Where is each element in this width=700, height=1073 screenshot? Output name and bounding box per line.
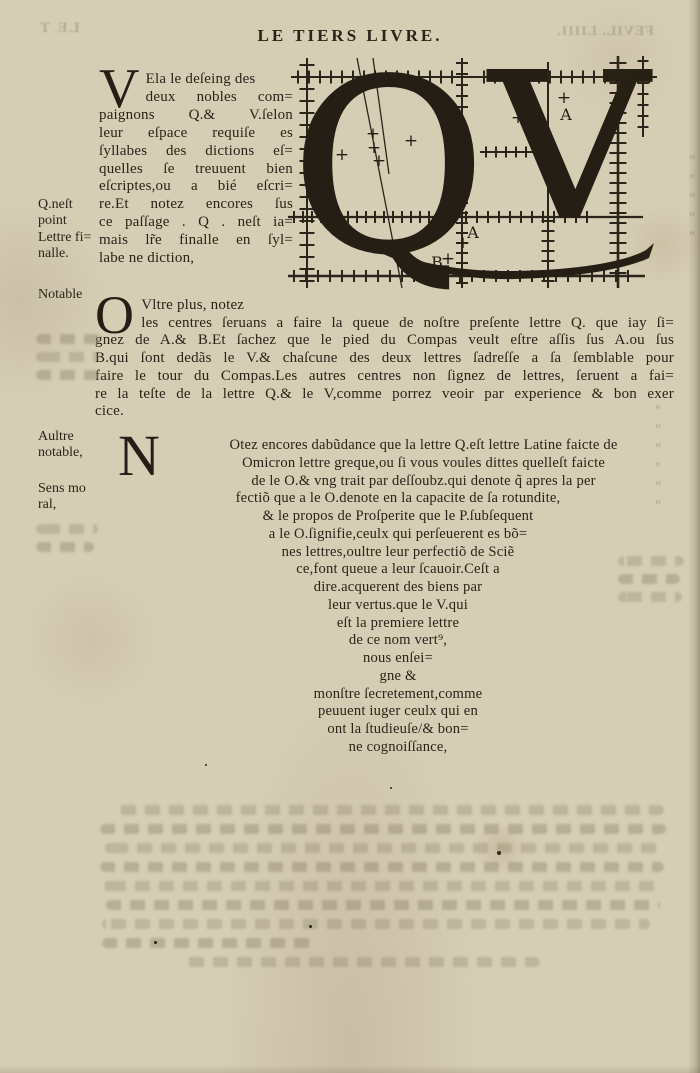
p3-line: & le propos de Proſperite que le P.ſubſe… <box>118 508 678 526</box>
p3-line: leur vertus.que le V.qui <box>118 597 678 615</box>
margin-note-line: Sens mo <box>38 481 112 497</box>
bleedthrough-line <box>100 824 666 834</box>
margin-note-line: Aultre <box>38 429 112 445</box>
p3-line: fectiõ que a le O.denote en la capacite … <box>118 490 678 508</box>
quote-mark: « <box>650 434 666 453</box>
plus-mark: + <box>404 131 418 151</box>
letter-Q: Q <box>291 52 486 292</box>
letter-V: V <box>488 52 652 264</box>
p2-line: Vltre plus, notez <box>95 297 674 315</box>
quote-mark: « <box>684 222 700 241</box>
bleedthrough-line <box>102 938 312 948</box>
p1-line: leur eſpace requiſe es <box>99 125 293 143</box>
bleedthrough-line <box>180 957 540 967</box>
quote-mark: « <box>684 203 700 222</box>
p3-line: ce,font queue a leur ſcauoir.Ceſt a <box>118 561 678 579</box>
p2-line: les centres ſeruans a faire la queue de … <box>95 315 674 333</box>
p1-line: ce paſſage . Q . neſt ia= <box>99 214 293 232</box>
p1-line: labe ne diction, <box>99 250 293 268</box>
p3-line: ne cognoiſſance, <box>118 739 678 757</box>
margin-note-sens-moral: Sens mo ral, <box>38 481 112 514</box>
bleedthrough-line <box>106 900 660 910</box>
bleedthrough-line <box>618 556 684 566</box>
dropcap-O: O <box>95 299 134 332</box>
p1-line: mais lr̃e finalle en ſyl= <box>99 232 293 250</box>
bleedthrough-line <box>102 881 660 891</box>
p3-line: Omicron lettre greque,ou ſi vous voules … <box>118 455 678 473</box>
quote-mark: « <box>684 165 700 184</box>
p1-line: ſyllabes des dictions eſ= <box>99 143 293 161</box>
p3-line: peuuent iuger ceulx qui en <box>118 703 678 721</box>
p2-line: gnez de A.& B.Et ſachez que le pied du C… <box>95 332 674 350</box>
qv-construction-diagram: Q V + + + + + + + + + A B B A <box>285 52 690 292</box>
bleedthrough-quote-column: « « « « « « <box>650 396 666 510</box>
ink-speck <box>309 925 312 928</box>
paragraph-2: O Vltre plus, notez les centres ſeruans … <box>95 297 674 421</box>
p2-line: B.qui ſont dedãs le V.& chaſcune des deu… <box>95 350 674 368</box>
ink-speck <box>390 787 392 789</box>
quote-mark: « <box>650 453 666 472</box>
point-label-a-tail: A <box>466 223 479 242</box>
margin-note-aultre-notable: Aultre notable, <box>38 429 112 462</box>
plus-mark: + <box>335 145 349 165</box>
margin-note-line: nalle. <box>38 246 112 262</box>
quote-mark: « <box>650 472 666 491</box>
bleedthrough-line <box>112 805 664 815</box>
p3-line: de le O.& vng trait par deſſoubz.qui den… <box>118 473 678 491</box>
book-page: LE T FEVIL. LIIII. LE TIERS LIVRE. V Ela… <box>0 0 700 1073</box>
plus-mark: + <box>441 249 455 269</box>
quote-mark: « <box>650 396 666 415</box>
dropcap-N: N <box>118 439 160 473</box>
p3-line: dire.acquerent des biens par <box>118 579 678 597</box>
bleedthrough-line <box>36 352 98 362</box>
quote-mark: « <box>684 146 700 165</box>
paragraph-3: N Otez encores dabũdance que la lettre Q… <box>118 437 678 757</box>
point-label-b-tail: B <box>431 253 443 272</box>
p1-line: paignons Q.& V.ſelon <box>99 107 293 125</box>
bleedthrough-line <box>36 370 100 380</box>
p3-line: de ce nom vert⁹, <box>118 632 678 650</box>
page-edge-shadow <box>0 1065 700 1073</box>
p1-line: quelles ſe treuuent bien <box>99 161 293 179</box>
running-head: LE TIERS LIVRE. <box>0 26 700 46</box>
dropcap-V: V <box>99 72 140 106</box>
p2-line: cice. <box>95 403 674 421</box>
margin-note-line: ral, <box>38 497 112 513</box>
p1-line: re.Et notez encores ſus <box>99 196 293 214</box>
bleedthrough-line <box>36 524 98 534</box>
bleedthrough-line <box>100 862 664 872</box>
ink-speck <box>205 764 207 766</box>
ink-speck <box>497 851 501 855</box>
p1-line: eſcriptes,ou a bié eſcri= <box>99 178 293 196</box>
p3-line: nous enſei= <box>118 650 678 668</box>
point-label-b-v: B <box>526 109 538 128</box>
paragraph-1: V Ela le deſeing des deux nobles com= pa… <box>99 71 293 268</box>
bleedthrough-line <box>104 843 664 853</box>
p3-line: nes lettres,oultre leur perfectiõ de Sci… <box>118 544 678 562</box>
bleedthrough-line <box>618 574 680 584</box>
bleedthrough-line <box>618 592 682 602</box>
plus-mark: + <box>511 108 525 128</box>
ink-speck <box>154 941 157 944</box>
margin-note-q-not-final: Q.neſt point Lettre fi= nalle. <box>38 197 112 263</box>
p2-line: re la teſte de la lettre Q.& le V,comme … <box>95 386 674 404</box>
point-label-a-v: A <box>559 105 572 124</box>
margin-note-line: Lettre fi= <box>38 230 112 246</box>
bleedthrough-quote-column: « « « « « <box>684 146 700 241</box>
p2-line: faire le tour du Compas.Les autres centr… <box>95 368 674 386</box>
quote-mark: « <box>684 184 700 203</box>
plus-mark: + <box>372 151 386 171</box>
bleedthrough-line <box>36 542 94 552</box>
quote-mark: « <box>650 415 666 434</box>
margin-note-line: notable, <box>38 445 112 461</box>
bleedthrough-line <box>36 334 102 344</box>
p3-line: Otez encores dabũdance que la lettre Q.e… <box>118 437 678 455</box>
margin-note-line: point <box>38 213 112 229</box>
p3-line: a le O.ſignifie,ceulx qui perſeuerent es… <box>118 526 678 544</box>
p3-line: monſtre ſecretement,comme <box>118 686 678 704</box>
margin-note-line: Q.neſt <box>38 197 112 213</box>
p3-line: gne & <box>118 668 678 686</box>
bleedthrough-line <box>102 919 650 929</box>
p3-line: eſt la premiere lettre <box>118 615 678 633</box>
quote-mark: « <box>650 491 666 510</box>
p3-line: ont la ſtudieuſe/& bon= <box>118 721 678 739</box>
